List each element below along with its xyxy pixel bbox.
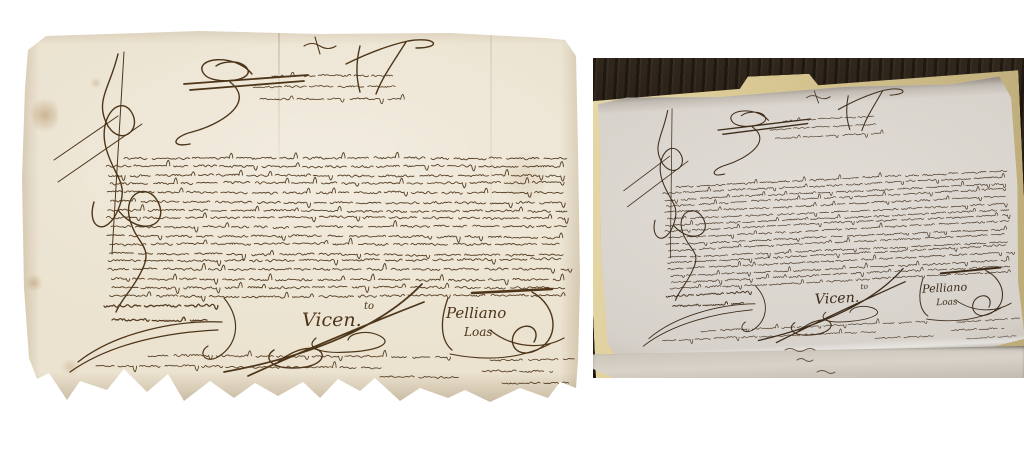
- photo-handwriting: [594, 76, 1024, 370]
- photo-paper-sheet: [594, 76, 1024, 370]
- screenshot-canvas: Vicen. to Pelliano Loas: [0, 0, 1024, 450]
- scan-paper-sheet: Vicen. to Pelliano Loas: [20, 30, 580, 402]
- manuscript-photo-view: [593, 58, 1024, 378]
- underpage-annotation-marks: [773, 342, 873, 378]
- manuscript-scan-view: Vicen. to Pelliano Loas: [20, 30, 580, 402]
- scan-handwriting: Vicen. to Pelliano Loas: [20, 30, 580, 402]
